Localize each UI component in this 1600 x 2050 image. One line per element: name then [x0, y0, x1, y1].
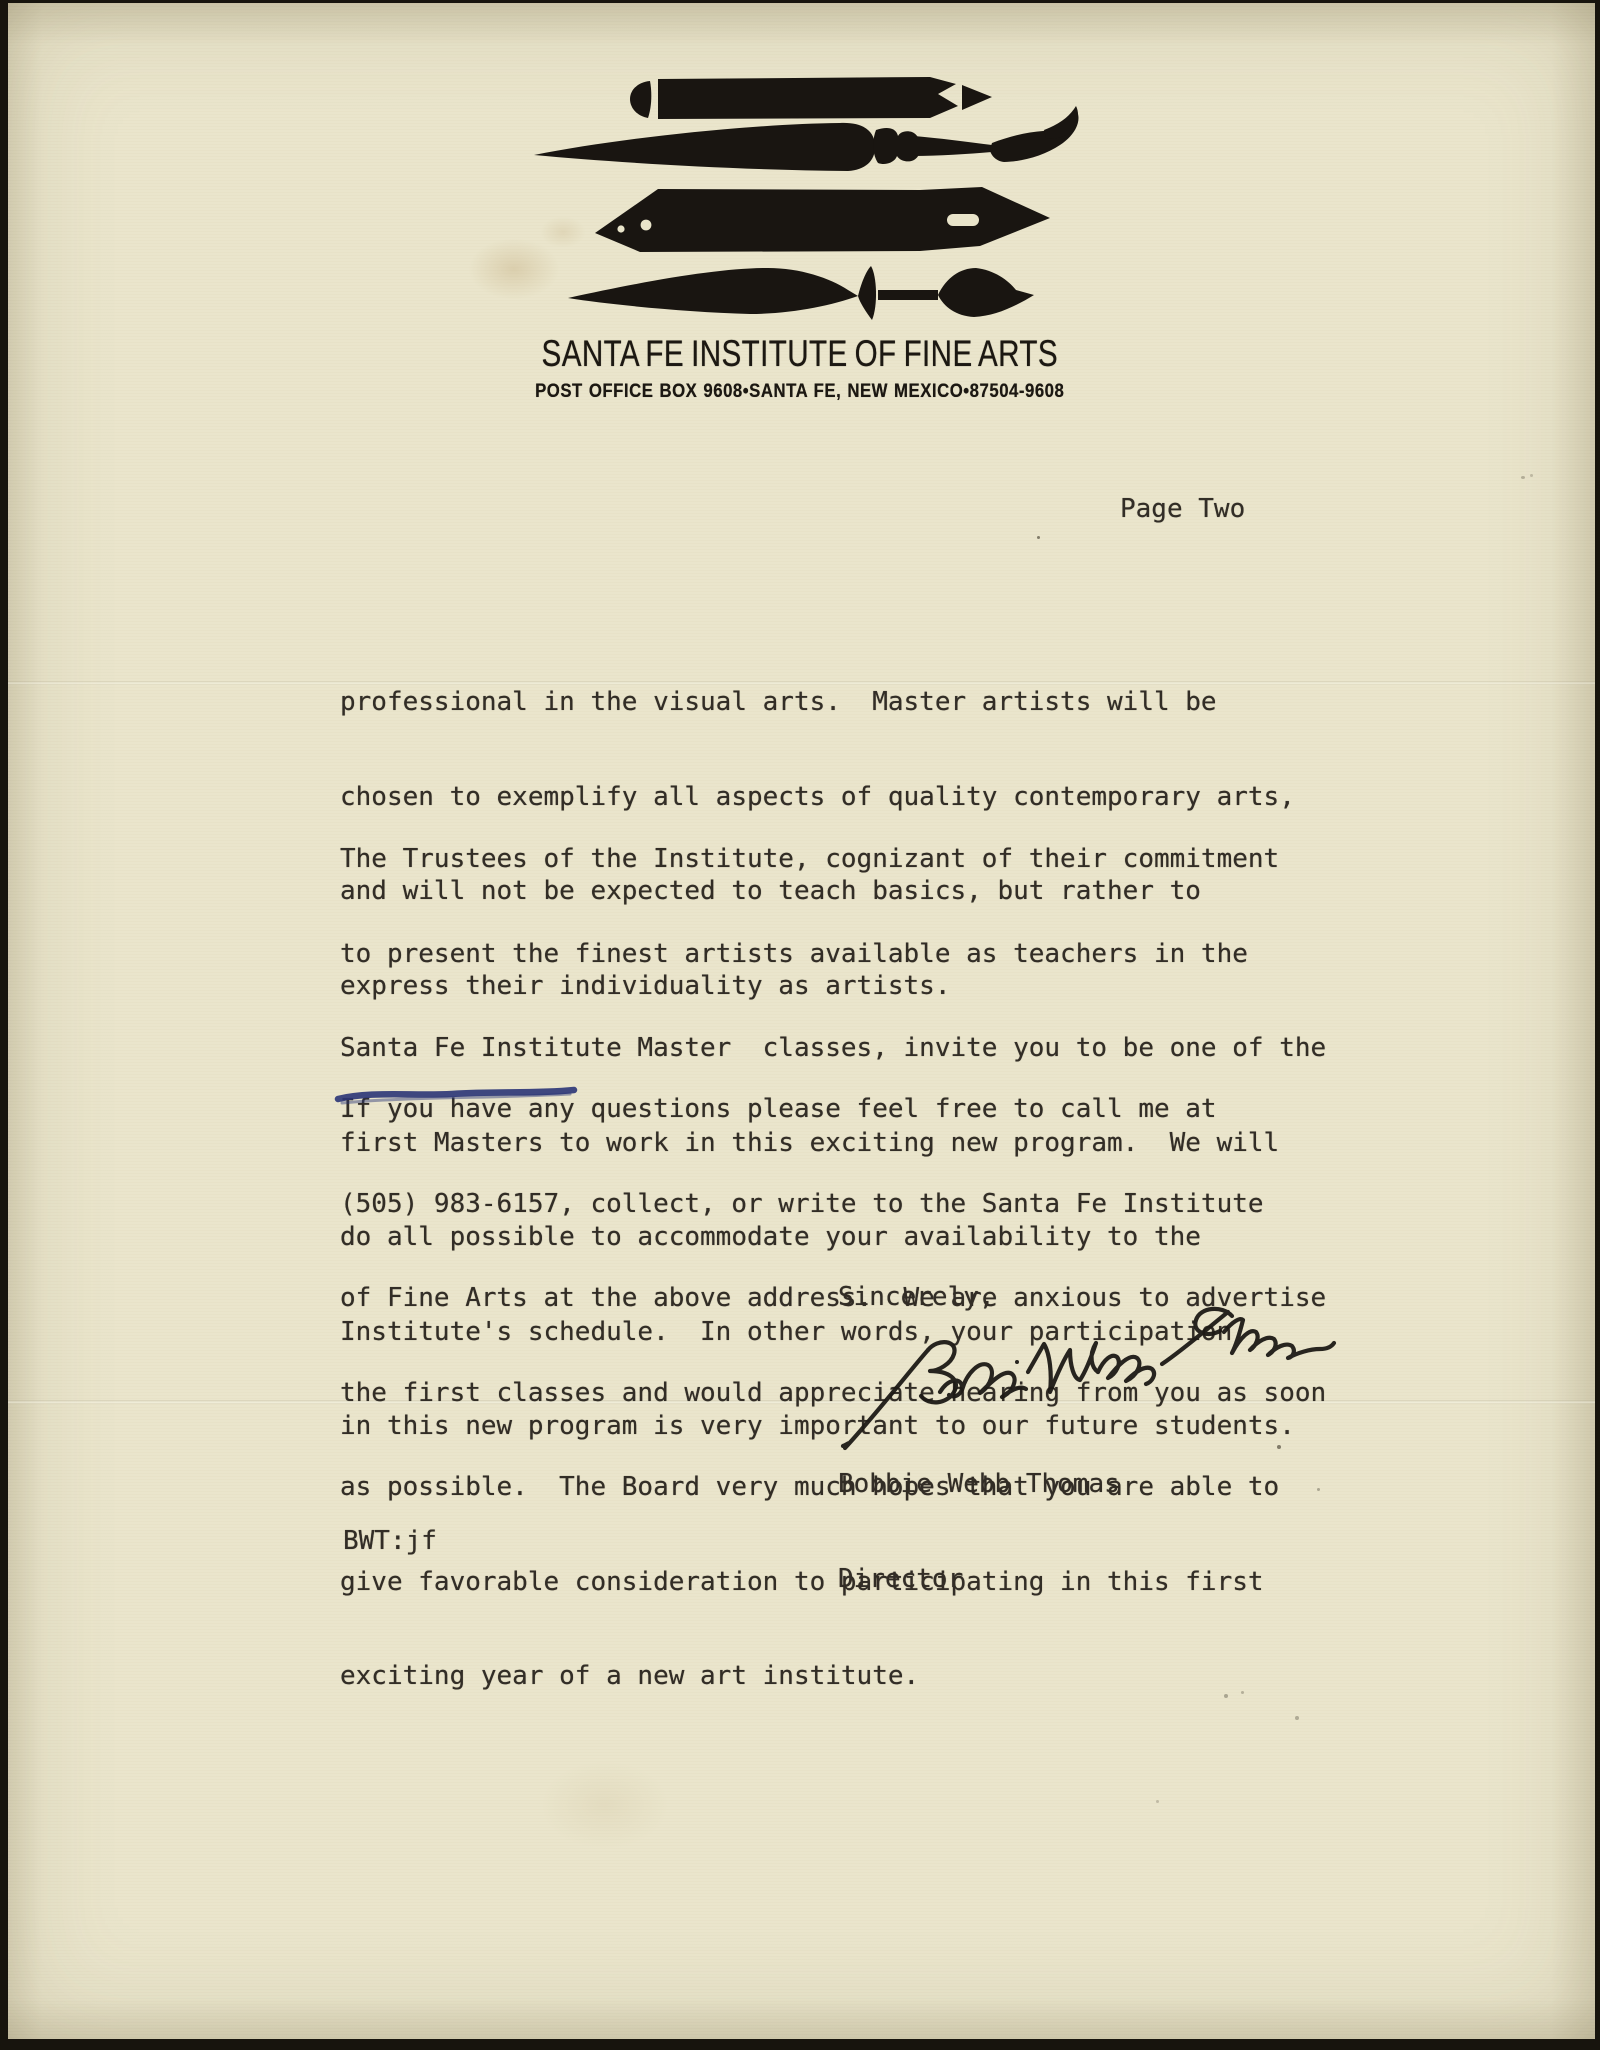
org-name-text: SANTA FE INSTITUTE OF FINE ARTS — [542, 334, 1058, 374]
paragraph-3: If you have any questions please feel fr… — [340, 1031, 1326, 1756]
salutation: Sincerely, — [838, 1282, 995, 1314]
body-line: the first classes and would appreciate h… — [340, 1378, 1326, 1410]
liner-brush-icon — [568, 266, 1034, 320]
body-line: professional in the visual arts. Master … — [340, 687, 1295, 719]
page-number-label: Page Two — [1120, 494, 1245, 526]
speck — [1530, 474, 1533, 477]
pen-nib-icon — [595, 187, 1050, 252]
letterhead-logo — [500, 50, 1120, 320]
body-line: as possible. The Board very much hopes t… — [340, 1472, 1326, 1504]
typist-reference: BWT:jf — [343, 1526, 437, 1558]
body-line: (505) 983-6157, collect, or write to the… — [340, 1189, 1326, 1221]
org-name: SANTA FE INSTITUTE OF FINE ARTS — [0, 334, 1600, 374]
org-address-text: POST OFFICE BOX 9608•SANTA FE, NEW MEXIC… — [535, 379, 1064, 403]
typed-name: Bobbie Webb Thomas — [838, 1469, 1120, 1501]
speck — [1037, 536, 1040, 539]
speck — [1521, 476, 1525, 479]
body-line: If you have any questions please feel fr… — [340, 1094, 1326, 1126]
speck — [1156, 1800, 1159, 1803]
body-line: to present the finest artists available … — [340, 939, 1326, 971]
signer-title: Director — [838, 1564, 1120, 1596]
body-line: of Fine Arts at the above address. We ar… — [340, 1283, 1326, 1315]
stain — [540, 1760, 670, 1850]
body-line: The Trustees of the Institute, cognizant… — [340, 844, 1326, 876]
scanned-letter: SANTA FE INSTITUTE OF FINE ARTS POST OFF… — [0, 0, 1600, 2050]
signature-block: Bobbie Webb Thomas Director — [838, 1406, 1120, 1658]
pencil-icon — [630, 77, 992, 119]
org-address: POST OFFICE BOX 9608•SANTA FE, NEW MEXIC… — [0, 379, 1600, 403]
body-line: give favorable consideration to particip… — [340, 1567, 1326, 1599]
body-line: exciting year of a new art institute. — [340, 1661, 1326, 1693]
